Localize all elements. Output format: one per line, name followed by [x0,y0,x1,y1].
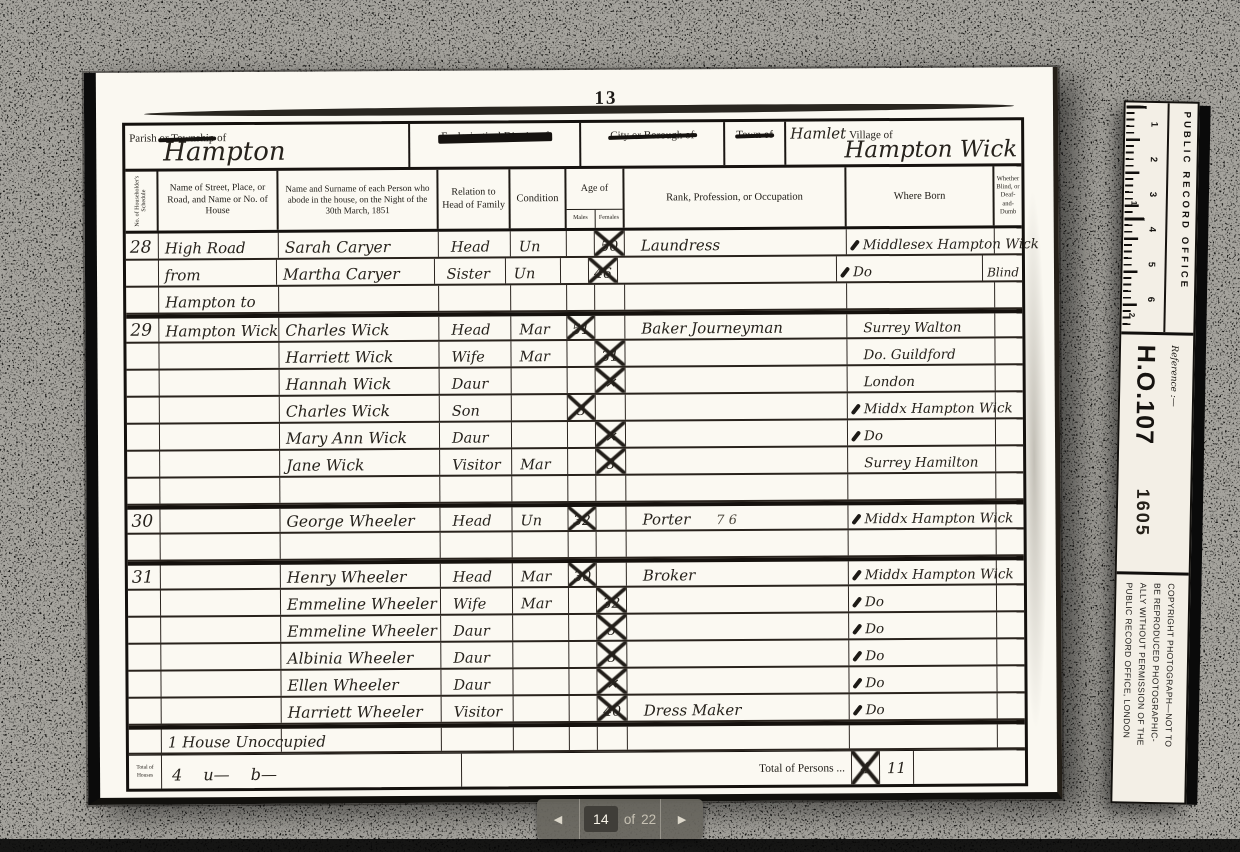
total-pages: 22 [641,812,656,827]
cell-relation: Son [440,395,512,420]
cell-age-female: ✕ [597,669,627,694]
cell-name [279,286,439,312]
reference-label: Reference :— [1159,345,1185,562]
col-schedule: No. of Householder's Schedule [125,172,158,231]
cell-name: Jane Wick [280,450,440,476]
cell-age-male [569,669,597,694]
cell-relation: Sister [434,258,505,283]
previous-page-icon: ◀ [554,813,562,826]
parish-cell: Parish or Township of Hampton [125,124,411,169]
cell-born: Middlesex Hampton Wick [847,228,995,254]
ruler-inch-number: 1 [1129,201,1138,206]
cell-occupation [627,613,849,639]
town-cell: Town of [725,122,786,165]
cell-schedule [127,398,160,423]
ruler-inch-number: 2 [1127,313,1136,318]
cell-street: from [159,260,277,286]
cell-occupation [626,447,848,473]
cell-born: Surrey Hamilton [848,446,996,472]
cell-occupation [626,420,848,446]
ruler-cm-number: 3 [1147,192,1158,198]
total-houses-value: 4 u— b— [162,754,462,789]
village-cell: Hamlet Village of Hampton Wick [786,120,1021,164]
cell-occupation: Laundress [625,229,847,255]
cell-age-female [596,395,626,420]
cell-name: Mary Ann Wick [280,423,440,449]
cell-schedule [129,699,162,724]
cell-condition: Un [511,231,567,256]
cell-age-female [595,285,625,310]
cell-street: High Road [159,233,279,259]
cell-age-female: 5 [597,615,627,640]
cell-street [160,451,280,477]
cell-schedule: 31 [128,566,161,589]
cell-condition [512,395,568,420]
cell-street [161,671,281,697]
cell-name: Charles Wick [280,396,440,422]
cell-relation: Head [439,231,511,256]
cell-age-male: 32 [568,507,596,530]
cell-relation: Wife [441,588,513,613]
cell-age-female: 3 [596,449,626,474]
census-rows: 28 High Road Sarah Caryer Head Un 50 Lau… [126,228,1025,754]
cell-infirmity [996,392,1023,417]
cell-age-male [567,341,595,366]
cell-name: Martha Caryer [277,259,435,285]
col-age: Age of Males Females [566,169,624,228]
cell-schedule [127,425,160,450]
parish-label: Parish or Township of [129,132,226,145]
cell-street [160,397,280,423]
cell-schedule [127,479,160,504]
cell-condition [514,727,570,750]
ecclesiastical-cell: Ecclesiastical District of [410,123,581,167]
cell-age-male [569,642,597,667]
cell-relation: Head [440,507,512,530]
cell-schedule [129,730,162,753]
ruler-ticks [1122,105,1148,328]
cell-street [161,565,281,589]
microfilm-viewer: 13 Parish or Township of Hampton Ecclesi… [0,0,1240,852]
cell-age-female: 40 [598,696,628,721]
cell-occupation [626,393,848,419]
cell-name: Ellen Wheeler [281,670,441,696]
cell-age-male: 30 [569,563,597,586]
cell-name: Harriett Wheeler [282,697,442,723]
cell-born: Middx Hampton Wick [848,392,996,418]
col-age-males: Males [567,210,596,228]
col-street: Name of Street, Place, or Road, and Name… [158,171,278,231]
page-navigation: ◀ 14 of 22 ▶ [537,799,703,839]
cell-age-male [568,368,596,393]
cell-age-male: 3 [568,395,596,420]
census-row: 1 House Unoccupied [129,720,1025,754]
ruler-cm-number: 2 [1148,157,1159,163]
of-label: of [624,812,635,827]
cell-relation: Daur [440,368,512,393]
cell-age-female [596,507,626,530]
ruler-cm-number: 5 [1146,262,1157,268]
cell-age-female: ✕ [596,368,626,393]
cell-street [161,534,281,560]
cell-name [281,533,441,559]
cell-infirmity [996,473,1023,498]
cell-schedule [126,261,159,286]
cell-relation: Head [439,316,511,339]
col-infirmity: Whether Blind, or Deaf-and-Dumb [994,166,1021,225]
cell-occupation [627,640,849,666]
ruler-cm-number: 1 [1148,122,1159,128]
cell-born: Do. Guildford [847,338,995,364]
cell-name: Charles Wick [279,317,439,341]
cell-infirmity [995,282,1022,307]
col-born: Where Born [846,166,994,226]
cell-schedule: 29 [126,319,159,342]
cell-occupation: Porter7 6 [626,505,848,529]
cell-name: Sarah Caryer [279,232,439,258]
cell-born: Do [837,255,983,281]
cell-condition [512,476,568,501]
cell-born: Do [849,585,997,611]
cell-schedule: 28 [126,234,159,259]
cell-condition: Mar [511,316,567,339]
cell-age-male [568,476,596,501]
cell-age-female: 31 [595,341,625,366]
cell-age-male: 51 [567,316,595,339]
cell-age-male [568,422,596,447]
cell-age-female [596,476,626,501]
film-edge-band [0,839,1240,852]
cell-condition: Mar [511,341,567,366]
column-header-row: No. of Householder's Schedule Name of St… [125,166,1021,233]
cell-infirmity [998,724,1025,747]
col-occupation: Rank, Profession, or Occupation [624,167,846,227]
cell-born [847,282,995,308]
page-number-input[interactable]: 14 [584,806,618,832]
cell-relation: Head [441,563,513,586]
cell-name: Emmeline Wheeler [281,616,441,642]
cell-relation: Visitor [442,696,514,721]
cell-occupation: Baker Journeyman [625,314,847,338]
cell-schedule [128,645,161,670]
village-value: Hampton Wick [844,139,1017,160]
cell-name: George Wheeler [280,508,440,532]
cell-born: Middx Hampton Wick [848,504,996,528]
cell-relation: Daur [441,615,513,640]
cell-infirmity [996,419,1023,444]
cell-age-male [570,696,598,721]
census-table: Parish or Township of Hampton Ecclesiast… [122,117,1028,791]
town-label: Town of [736,129,773,141]
cell-occupation: Broker [627,561,849,585]
cell-condition [513,615,569,640]
cell-street [160,424,280,450]
cell-age-male [561,258,589,283]
next-page-icon: ▶ [678,813,686,826]
reference-number: H.O.1071605 [1125,344,1163,562]
cell-born: Do [848,419,996,445]
total-females: 11 [880,751,914,784]
cell-name: Albinia Wheeler [281,643,441,669]
cell-condition: Mar [513,588,569,613]
total-houses-label: Total of Houses [129,756,162,789]
copyright-section: COPYRIGHT PHOTOGRAPH—NOT TOBE REPRODUCED… [1112,574,1184,793]
cell-age-female [598,727,628,750]
cell-occupation [627,530,849,556]
cell-infirmity [996,365,1023,390]
cell-street [161,617,281,643]
cell-age-female: 46 [589,258,619,283]
census-sheet: 13 Parish or Township of Hampton Ecclesi… [84,67,1062,805]
cell-schedule [127,371,160,396]
cell-name [280,477,440,503]
cell-age-male [569,615,597,640]
cell-condition: Un [506,258,561,283]
col-name: Name and Surname of each Person who abod… [278,170,438,230]
cell-condition [512,368,568,393]
cell-relation: Visitor [440,449,512,474]
cell-born: Middx Hampton Wick [849,560,997,584]
cell-age-female [597,532,627,557]
col-condition: Condition [510,169,566,228]
cell-street: 1 House Unoccupied [162,729,282,753]
cell-occupation [627,586,849,612]
cell-relation [440,476,512,501]
cell-infirmity [995,228,1022,253]
cell-infirmity [997,560,1024,583]
cell-street [161,590,281,616]
cell-schedule [128,591,161,616]
cell-infirmity [998,693,1025,718]
ruler-divider [1163,103,1169,332]
cell-infirmity [996,504,1023,527]
cell-relation [441,532,513,557]
cell-age-female: 50 [595,231,625,256]
cell-born: Do [849,639,997,665]
cell-occupation: Dress Maker [628,694,850,720]
cell-born: Surrey Walton [847,313,995,337]
cell-born: Do [850,693,998,719]
cell-age-female: ✕ [596,422,626,447]
cell-street [159,343,279,369]
cell-age-female: 32 [597,588,627,613]
cell-street [162,698,282,724]
cell-infirmity [997,585,1024,610]
cell-name: Harriett Wick [279,342,439,368]
ruler-section: PUBLIC RECORD OFFICE 12345612 [1121,102,1197,335]
cell-schedule [128,672,161,697]
cell-age-male [567,231,595,256]
total-persons-label: Total of Persons ... [462,751,852,786]
cell-condition: Mar [512,449,568,474]
ruler-cm-number: 4 [1146,227,1157,233]
cell-street: Hampton to [159,287,279,313]
cell-infirmity [996,446,1023,471]
office-name: PUBLIC RECORD OFFICE [1177,111,1192,328]
cell-condition: Un [512,507,568,530]
cell-relation: Daur [441,642,513,667]
total-males: 4 [852,751,880,784]
cell-street: Hampton Wick [159,318,279,342]
cell-age-female [595,316,625,339]
city-cell: City or Borough of [581,122,725,166]
cell-born [849,529,997,555]
page-indicator: 14 of 22 [580,799,660,839]
cell-condition [513,669,569,694]
cell-infirmity [997,639,1024,664]
cell-schedule: 30 [127,510,160,533]
cell-age-male [569,532,597,557]
cell-name: Emmeline Wheeler [281,589,441,615]
next-page-button[interactable]: ▶ [661,799,703,839]
cell-occupation [618,256,837,282]
cell-occupation [626,474,848,500]
cell-infirmity [997,666,1024,691]
reference-section: Reference :— H.O.1071605 [1117,334,1194,575]
cell-born: Do [849,612,997,638]
cell-infirmity [997,529,1024,554]
cell-occupation [625,339,847,365]
cell-occupation [627,667,849,693]
cell-condition [513,532,569,557]
cell-age-male [567,285,595,310]
cell-age-male [569,588,597,613]
cell-street [160,478,280,504]
cell-occupation [626,366,848,392]
cell-condition [512,422,568,447]
cell-schedule [126,288,159,313]
ruler-cm-number: 6 [1145,297,1156,303]
cell-born: Do [849,666,997,692]
previous-page-button[interactable]: ◀ [537,799,579,839]
city-label: City or Borough of [610,129,694,142]
cell-age-female: 3 [597,642,627,667]
record-office-label: PUBLIC RECORD OFFICE 12345612 Reference … [1110,100,1199,804]
cell-schedule [128,618,161,643]
totals-row: Total of Houses 4 u— b— Total of Persons… [129,749,1025,788]
cell-schedule [126,344,159,369]
cell-born: London [848,365,996,391]
col-age-females: Females [595,210,623,228]
cell-condition [511,285,567,310]
cell-street [161,644,281,670]
totals-empty [914,750,1025,784]
cell-age-male [568,449,596,474]
cell-infirmity [997,612,1024,637]
col-relation: Relation to Head of Family [438,169,510,228]
cell-born [848,473,996,499]
cell-infirmity [995,313,1022,336]
cell-condition: Mar [513,563,569,586]
cell-name: Hannah Wick [280,369,440,395]
cell-street [160,509,280,533]
cell-age-female [597,563,627,586]
cell-schedule [128,535,161,560]
place-header-row: Parish or Township of Hampton Ecclesiast… [125,120,1021,171]
cell-occupation [625,283,847,309]
cell-name: Henry Wheeler [281,564,441,588]
cell-relation: Wife [439,341,511,366]
cell-relation [439,285,511,310]
cell-condition [514,696,570,721]
cell-street [160,370,280,396]
cell-infirmity: Blind [983,255,1022,280]
cell-relation [442,727,514,750]
cell-infirmity [995,338,1022,363]
cell-occupation [628,725,850,749]
ecclesiastical-label: Ecclesiastical District of [441,130,549,143]
cell-condition [513,642,569,667]
cell-age-male [570,727,598,750]
cell-relation: Daur [440,422,512,447]
cell-schedule [127,452,160,477]
cell-relation: Daur [441,669,513,694]
cell-born [850,724,998,748]
